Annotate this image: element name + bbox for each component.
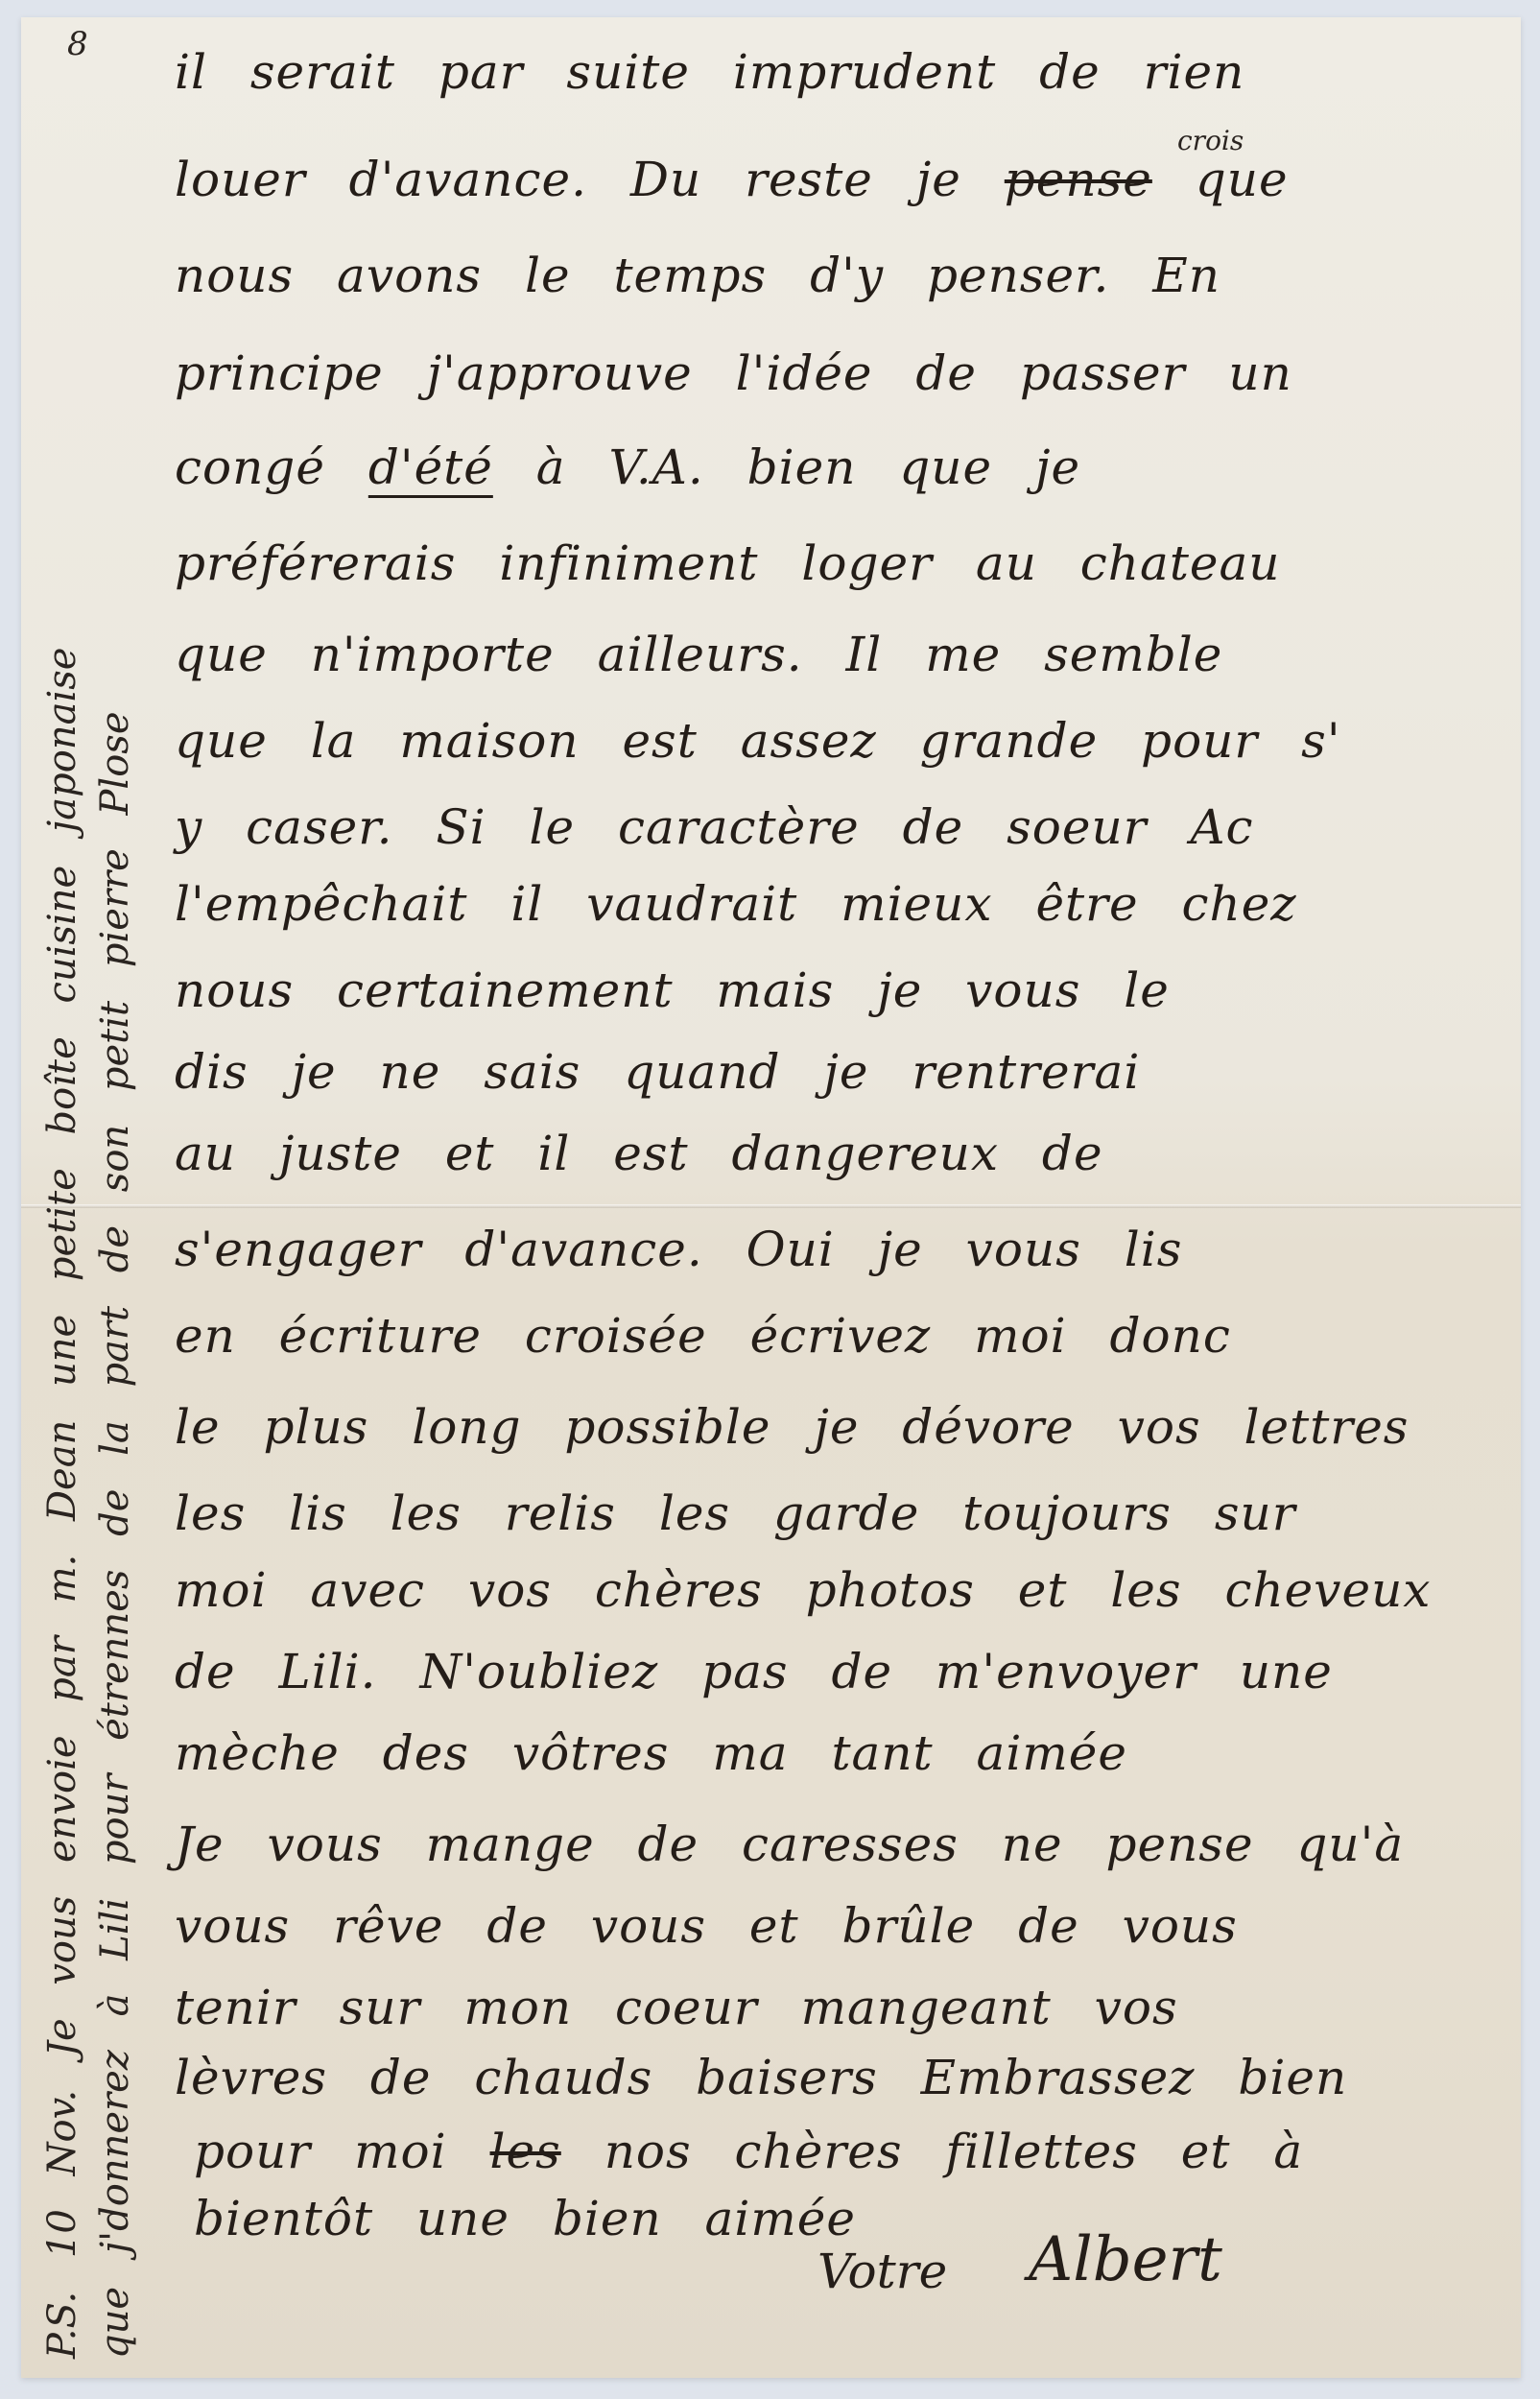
letter-line: lèvres de chauds baisers Embrassez bien	[175, 2050, 1518, 2105]
line-text: pour moi	[194, 2124, 447, 2179]
letter-line: Je vous mange de caresses ne pense qu'à	[175, 1817, 1518, 1872]
letter-line: au juste et il est dangereux de	[175, 1126, 1518, 1181]
letter-line: y caser. Si le caractère de soeur Ac	[175, 799, 1518, 855]
closing: Votre	[817, 2244, 947, 2299]
letter-line: tenir sur mon coeur mangeant vos	[175, 1980, 1518, 2035]
underlined-word: d'été	[368, 439, 493, 495]
postscript-line-2: que j'donnerez à Lili pour étrennes de l…	[93, 711, 137, 2359]
page-number: 8	[67, 25, 88, 63]
line-text: nos chères fillettes et à	[604, 2124, 1303, 2179]
letter-line: mèche des vôtres ma tant aimée	[175, 1725, 1518, 1781]
letter-line: moi avec vos chères photos et les cheveu…	[175, 1562, 1518, 1618]
struck-word: les	[490, 2124, 561, 2179]
letter-line: l'empêchait il vaudrait mieux être chez	[175, 876, 1518, 932]
letter-line: pour moi les nos chères fillettes et à	[194, 2124, 1537, 2179]
line-text: à V.A. bien que je	[536, 439, 1080, 495]
letter-line: principe j'approuve l'idée de passer un	[175, 345, 1518, 401]
letter-line: bientôt une bien aimée	[194, 2191, 1537, 2246]
letter-line: s'engager d'avance. Oui je vous lis	[175, 1222, 1518, 1277]
paper-fold	[21, 1204, 1521, 1208]
letter-line: congé d'été à V.A. bien que je	[175, 439, 1518, 495]
letter-line: que la maison est assez grande pour s'	[175, 713, 1518, 769]
line-text: que	[1196, 152, 1289, 207]
letter-line: les lis les relis les garde toujours sur	[175, 1485, 1518, 1541]
letter-line: nous certainement mais je vous le	[175, 962, 1518, 1018]
letter-line: louer d'avance. Du reste je pense que	[175, 152, 1518, 207]
letter-line: en écriture croisée écrivez moi donc	[175, 1308, 1518, 1364]
letter-line: le plus long possible je dévore vos lett…	[175, 1399, 1518, 1455]
letter-line: vous rêve de vous et brûle de vous	[175, 1898, 1518, 1954]
signature: Albert	[1029, 2224, 1222, 2295]
letter-line: dis je ne sais quand je rentrerai	[175, 1044, 1518, 1100]
letter-line: nous avons le temps d'y penser. En	[175, 248, 1518, 303]
letter-line: que n'importe ailleurs. Il me semble	[175, 627, 1518, 682]
letter-line: préférerais infiniment loger au chateau	[175, 535, 1518, 591]
postscript-line-1: P.S. 10 Nov. Je vous envoie par m. Dean …	[40, 648, 84, 2359]
letter-line: il serait par suite imprudent de rien	[175, 44, 1518, 100]
line-text: louer d'avance. Du reste je	[175, 152, 961, 207]
letter-line: de Lili. N'oubliez pas de m'envoyer une	[175, 1644, 1518, 1699]
struck-word: pense	[1005, 152, 1152, 207]
letter-page: 8 P.S. 10 Nov. Je vous envoie par m. Dea…	[21, 17, 1521, 2378]
inserted-word: crois	[1177, 125, 1244, 156]
line-text: congé	[175, 439, 325, 495]
